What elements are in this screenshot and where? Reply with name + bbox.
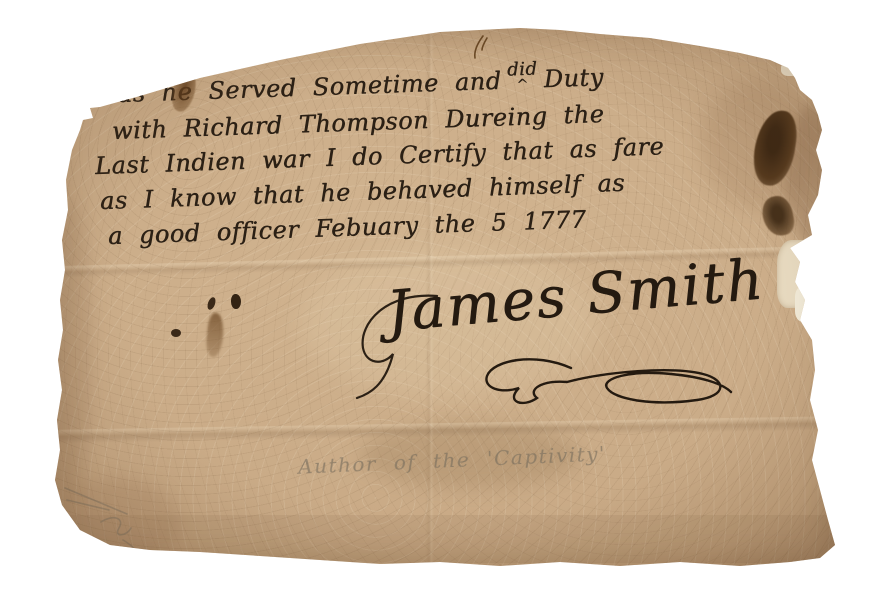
signature-flourish	[475, 350, 735, 410]
manuscript-paper: as he Served Sometime anddid^Duty with R…	[55, 28, 837, 568]
inserted-word-block: did^	[507, 62, 538, 91]
stain-left-edge	[47, 198, 92, 498]
stray-pen-stroke	[469, 34, 489, 60]
signature: James Smith	[384, 247, 767, 345]
line1-post: Duty	[543, 63, 604, 93]
stain-blot-halo	[785, 105, 840, 245]
crease-horizontal-lower	[58, 416, 830, 443]
ink-speck	[231, 294, 241, 309]
embossed-seal-mark	[758, 134, 784, 163]
inserted-word: did	[507, 62, 538, 77]
torn-patch-small	[795, 286, 821, 322]
ink-blot-top-right-large	[750, 108, 800, 189]
line1-pre: as he Served Sometime and	[117, 67, 502, 108]
photo-background: as he Served Sometime anddid^Duty with R…	[0, 0, 874, 600]
stain-top-right	[700, 80, 820, 210]
ink-blot-top-right-small	[759, 193, 797, 238]
ink-speck	[171, 329, 181, 337]
torn-edge-highlight-top	[781, 62, 799, 76]
torn-patch-large	[777, 240, 819, 308]
ink-speck	[206, 296, 217, 311]
pencil-annotation: Author of the 'Captivity'	[298, 441, 607, 478]
pencil-scribble	[57, 466, 177, 566]
insertion-caret: ^	[516, 79, 529, 91]
ink-smudge	[205, 312, 226, 357]
